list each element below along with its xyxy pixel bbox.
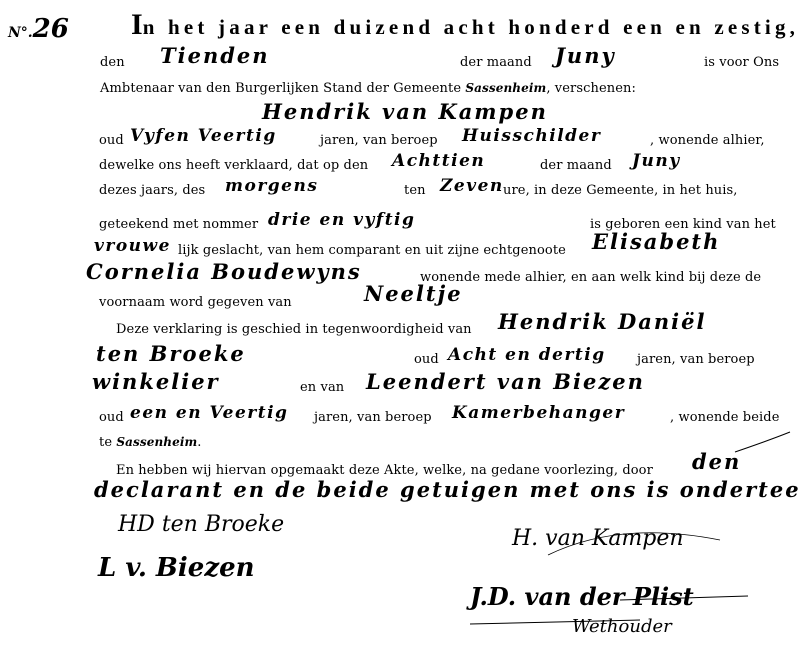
handwriting-flourishes xyxy=(0,0,800,650)
civil-birth-record-page: N°.26 In het jaar een duizend acht honde… xyxy=(0,0,800,650)
